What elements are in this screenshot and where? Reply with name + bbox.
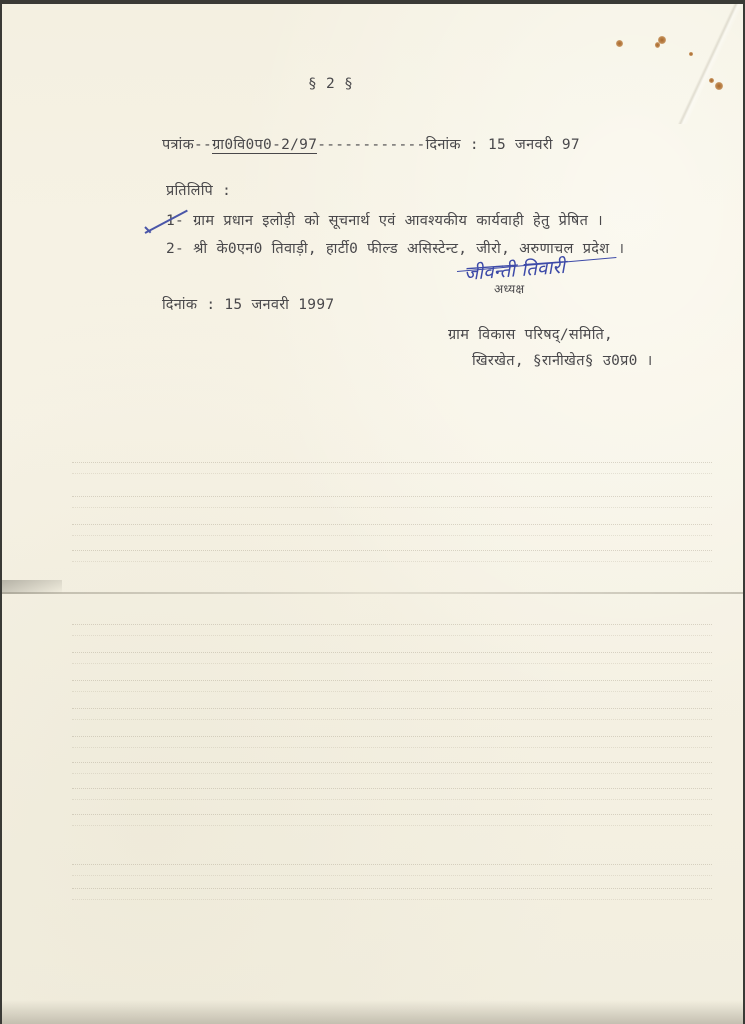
- reference-label: पत्रांक--: [162, 137, 212, 153]
- rust-stain: [709, 78, 714, 83]
- footer-date: दिनांक : 15 जनवरी 1997: [162, 294, 334, 314]
- sender-organization: ग्राम विकास परिषद्/समिति,: [448, 324, 613, 344]
- bleed-through-text: [72, 708, 712, 720]
- rust-stain: [689, 52, 693, 56]
- page-bottom-edge: [2, 1000, 743, 1024]
- bleed-through-text: [72, 814, 712, 826]
- bleed-through-text: [72, 652, 712, 664]
- footer-date-value: 15 जनवरी 1997: [224, 297, 334, 313]
- bleed-through-text: [72, 864, 712, 876]
- rust-stain: [616, 40, 623, 47]
- reference-number: ग्रा0वि0प0-2/97: [212, 137, 317, 154]
- rust-stain: [715, 82, 723, 90]
- copy-list-index: 2-: [166, 241, 184, 257]
- footer-date-label: दिनांक :: [162, 297, 215, 313]
- bleed-through-text: [72, 680, 712, 692]
- reference-dashes: ------------: [317, 137, 425, 153]
- bleed-through-text: [72, 524, 712, 536]
- copy-heading: प्रतिलिपि :: [166, 180, 231, 200]
- copy-list-item: 1- ग्राम प्रधान इलोड़ी को सूचनार्थ एवं आ…: [166, 210, 603, 230]
- bleed-through-text: [72, 496, 712, 508]
- copy-list-text: ग्राम प्रधान इलोड़ी को सूचनार्थ एवं आवश्…: [193, 213, 603, 229]
- corner-crease: [673, 4, 743, 124]
- bleed-through-text: [72, 736, 712, 748]
- bleed-through-text: [72, 762, 712, 774]
- bleed-through-text: [72, 462, 712, 474]
- sender-address: खिरखेत, §रानीखेत§ उ0प्र0 ।: [472, 350, 653, 370]
- bleed-through-text: [72, 550, 712, 562]
- bleed-through-text: [72, 888, 712, 900]
- reference-line: पत्रांक--ग्रा0वि0प0-2/97------------दिना…: [162, 134, 580, 154]
- rust-stain: [655, 42, 660, 48]
- page-number: § 2 §: [308, 76, 353, 92]
- bleed-through-text: [72, 624, 712, 636]
- bleed-through-text: [72, 788, 712, 800]
- paper-fold-line: [2, 592, 743, 594]
- signature-designation: अध्यक्ष: [494, 280, 524, 297]
- reference-date: 15 जनवरी 97: [488, 137, 580, 153]
- reference-date-label: दिनांक :: [426, 137, 479, 153]
- scanned-letter-page: § 2 § पत्रांक--ग्रा0वि0प0-2/97----------…: [2, 4, 743, 1024]
